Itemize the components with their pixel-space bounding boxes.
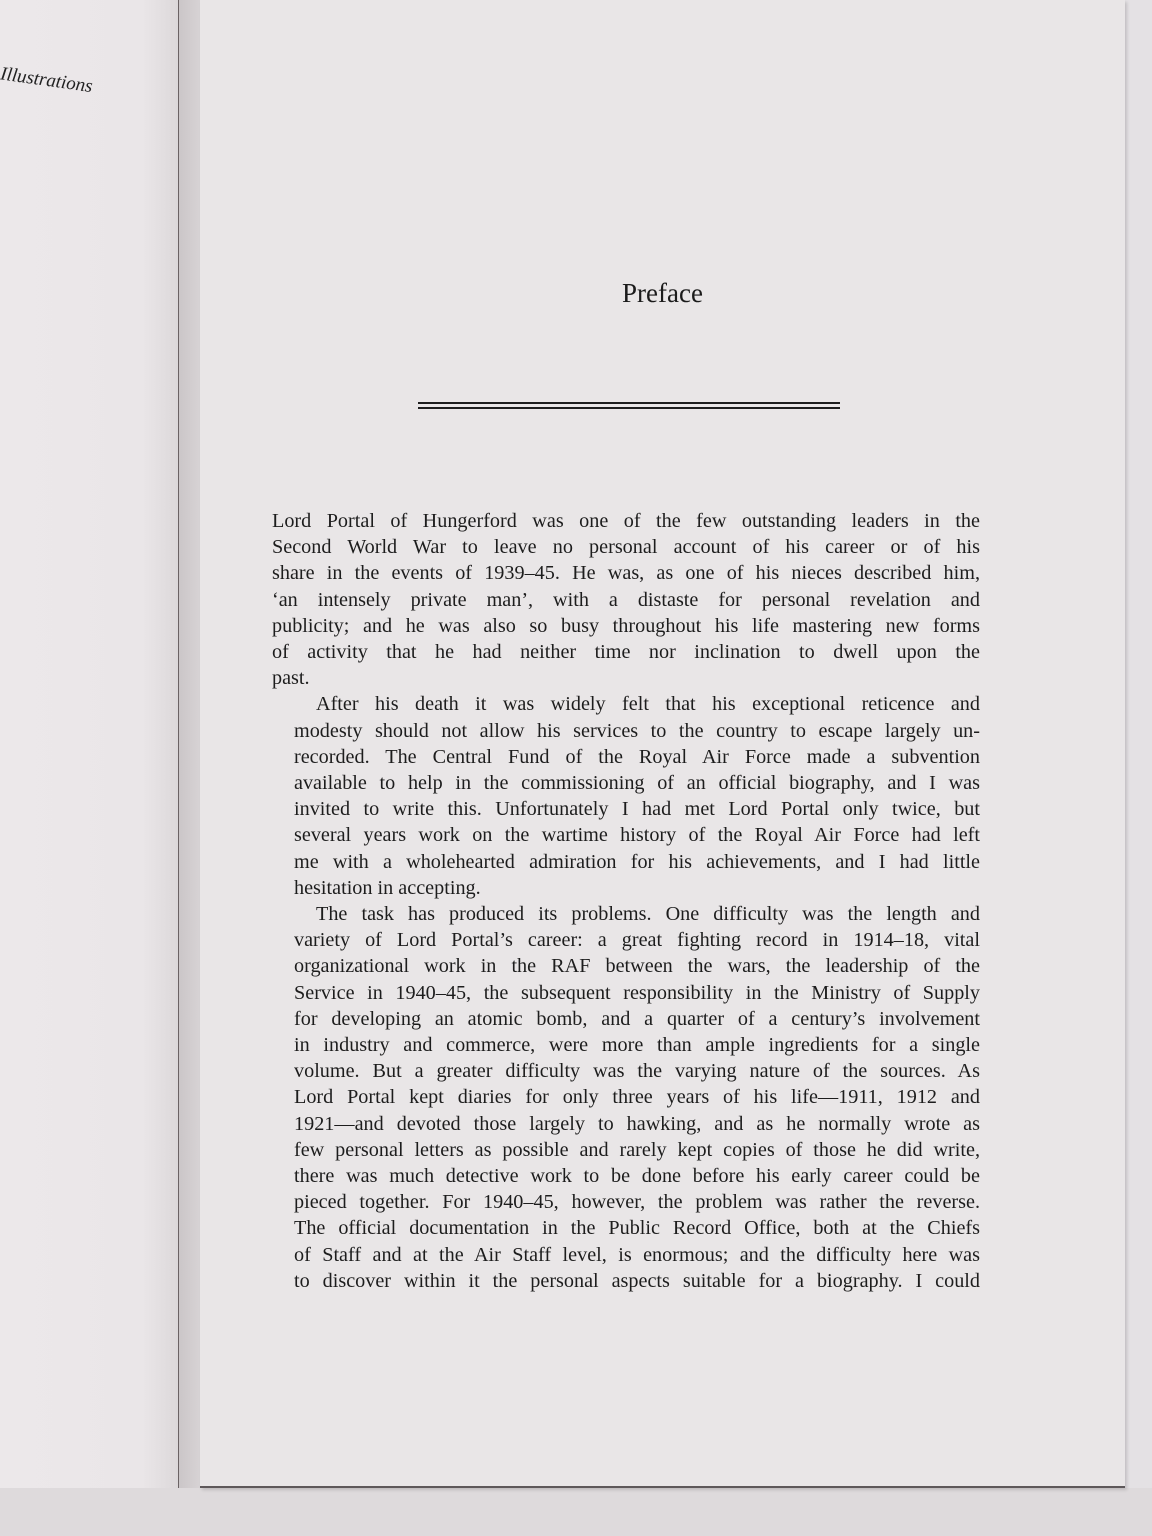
title-double-rule [418, 402, 840, 409]
text-line: Service in 1940–45, the subsequent respo… [272, 980, 980, 1006]
text-line: The task has produced its problems. One … [272, 901, 980, 927]
text-line: me with a wholehearted admiration for hi… [272, 849, 980, 875]
text-line: organizational work in the RAF between t… [272, 953, 980, 979]
background-surface [0, 1488, 1152, 1536]
text-line: in industry and commerce, were more than… [272, 1032, 980, 1058]
text-line: volume. But a greater difficulty was the… [272, 1058, 980, 1084]
left-page: f Illustrations [0, 0, 179, 1536]
text-line: The official documentation in the Public… [272, 1215, 980, 1241]
text-line: Lord Portal kept diaries for only three … [272, 1084, 980, 1110]
text-line: for developing an atomic bomb, and a qua… [272, 1006, 980, 1032]
text-line: invited to write this. Unfortunately I h… [272, 796, 980, 822]
text-line: Lord Portal of Hungerford was one of the… [272, 508, 980, 534]
text-line: After his death it was widely felt that … [272, 691, 980, 717]
text-line: pieced together. For 1940–45, however, t… [272, 1189, 980, 1215]
text-line: publicity; and he was also so busy throu… [272, 613, 980, 639]
paragraph-2: After his death it was widely felt that … [272, 691, 980, 901]
body-text: Lord Portal of Hungerford was one of the… [272, 508, 980, 1294]
paragraph-3: The task has produced its problems. One … [272, 901, 980, 1294]
text-line: ‘an intensely private man’, with a dista… [272, 587, 980, 613]
paragraph-1: Lord Portal of Hungerford was one of the… [272, 508, 980, 691]
text-line: several years work on the wartime histor… [272, 822, 980, 848]
text-line: 1921—and devoted those largely to hawkin… [272, 1111, 980, 1137]
text-line: of Staff and at the Air Staff level, is … [272, 1242, 980, 1268]
text-line: few personal letters as possible and rar… [272, 1137, 980, 1163]
text-line: hesitation in accepting. [272, 875, 980, 901]
text-line: variety of Lord Portal’s career: a great… [272, 927, 980, 953]
text-line: share in the events of 1939–45. He was, … [272, 560, 980, 586]
text-line: available to help in the commissioning o… [272, 770, 980, 796]
text-line: modesty should not allow his services to… [272, 718, 980, 744]
text-line: past. [272, 665, 980, 691]
text-line: of activity that he had neither time nor… [272, 639, 980, 665]
text-line: Second World War to leave no personal ac… [272, 534, 980, 560]
text-line: recorded. The Central Fund of the Royal … [272, 744, 980, 770]
left-page-heading: f Illustrations [0, 62, 94, 98]
page-title: Preface [200, 278, 1125, 309]
text-line: to discover within it the personal aspec… [272, 1268, 980, 1294]
text-line: there was much detective work to be done… [272, 1163, 980, 1189]
